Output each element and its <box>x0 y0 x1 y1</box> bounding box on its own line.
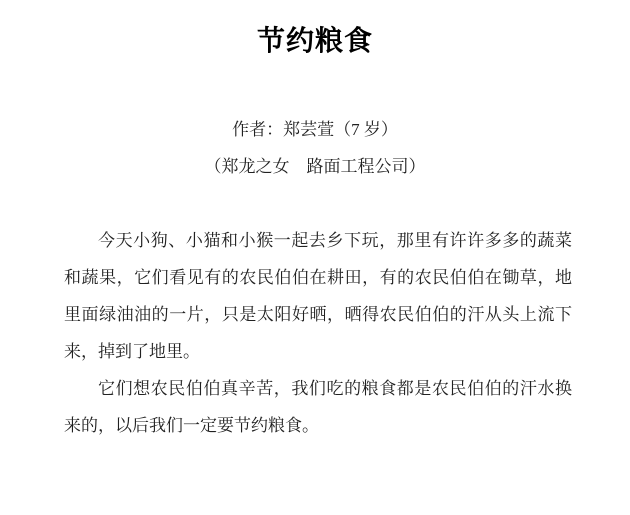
document-body: 今天小狗、小猫和小猴一起去乡下玩，那里有许许多多的蔬菜和蔬果，它们看见有的农民伯… <box>64 222 572 444</box>
author-line: 作者：郑芸萱（7 岁） <box>0 120 630 140</box>
document-title: 节约粮食 <box>0 26 630 58</box>
affiliation-line: （郑龙之女 路面工程公司） <box>0 157 630 177</box>
body-paragraph-1: 今天小狗、小猫和小猴一起去乡下玩，那里有许许多多的蔬菜和蔬果，它们看见有的农民伯… <box>64 222 572 370</box>
document-page: 节约粮食 作者：郑芸萱（7 岁） （郑龙之女 路面工程公司） 今天小狗、小猫和小… <box>0 0 630 515</box>
body-paragraph-2: 它们想农民伯伯真辛苦，我们吃的粮食都是农民伯伯的汗水换来的，以后我们一定要节约粮… <box>64 370 572 444</box>
